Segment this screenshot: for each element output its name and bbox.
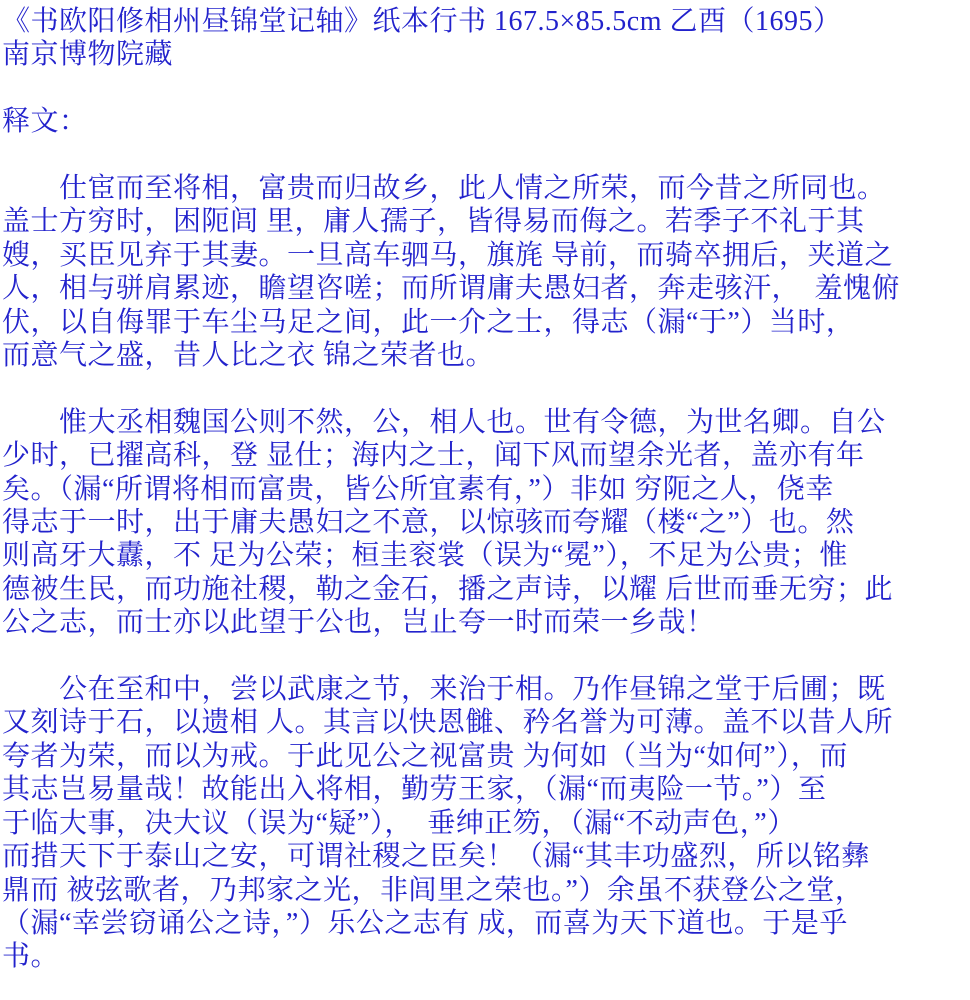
paragraph-3-line-4: 其志岂易量哉！故能出入将相，勤劳王家，（漏“而夷险一节。”）至 <box>2 773 968 806</box>
paragraph-1-line-5: 伏，以自侮罪于车尘马足之间，此一介之士，得志（漏“于”）当时， <box>2 306 968 339</box>
paragraph-1: 仕宦而至将相，富贵而归故乡，此人情之所荣，而今昔之所同也。 盖士方穷时，困阨闾 … <box>2 172 968 372</box>
blank-line <box>2 139 968 172</box>
paragraph-3-line-8: （漏“幸尝窃诵公之诗，”）乐公之志有 成，而喜为天下道也。于是乎 <box>2 907 968 940</box>
paragraph-2-line-4: 得志于一时，出于庸夫愚妇之不意，以惊骇而夸耀（楼“之”）也。然 <box>2 506 968 539</box>
paragraph-3-line-7: 鼎而 被弦歌者，乃邦家之光，非闾里之荣也。”）余虽不获登公之堂， <box>2 874 968 907</box>
blank-line <box>2 72 968 105</box>
paragraph-3-line-6: 而措天下于泰山之安，可谓社稷之臣矣！（漏“其丰功盛烈，所以铭彝 <box>2 840 968 873</box>
transcription-label: 释文： <box>2 105 968 138</box>
document: 《书欧阳修相州昼锦堂记轴》纸本行书 167.5×85.5cm 乙酉（1695） … <box>0 0 970 974</box>
paragraph-2-line-6: 德被生民，而功施社稷，勒之金石，播之声诗，以耀 后世而垂无穷；此 <box>2 573 968 606</box>
paragraph-3-line-5: 于临大事，决大议（误为“疑”）， 垂绅正笏，（漏“不动声色，”） <box>2 807 968 840</box>
blank-line <box>2 372 968 405</box>
paragraph-1-line-2: 盖士方穷时，困阨闾 里，庸人孺子，皆得易而侮之。若季子不礼于其 <box>2 205 968 238</box>
paragraph-3: 公在至和中，尝以武康之节，来治于相。乃作昼锦之堂于后圃；既 又刻诗于石，以遗相 … <box>2 673 968 974</box>
paragraph-2-line-7: 公之志，而士亦以此望于公也，岂止夸一时而荣一乡哉！ <box>2 606 968 639</box>
paragraph-1-line-3: 嫂，买臣见弃于其妻。一旦高车驷马，旗旄 导前，而骑卒拥后，夹道之 <box>2 239 968 272</box>
paragraph-2-line-1: 惟大丞相魏国公则不然，公，相人也。世有令德，为世名卿。自公 <box>2 406 968 439</box>
paragraph-1-line-1: 仕宦而至将相，富贵而归故乡，此人情之所荣，而今昔之所同也。 <box>2 172 968 205</box>
paragraph-1-line-4: 人，相与骈肩累迹，瞻望咨嗟；而所谓庸夫愚妇者，奔走骇汗， 羞愧俯 <box>2 272 968 305</box>
artwork-title-line: 《书欧阳修相州昼锦堂记轴》纸本行书 167.5×85.5cm 乙酉（1695） <box>2 5 968 38</box>
paragraph-3-line-1: 公在至和中，尝以武康之节，来治于相。乃作昼锦之堂于后圃；既 <box>2 673 968 706</box>
paragraph-2-line-5: 则高牙大纛，不 足为公荣；桓圭衮裳（误为“冕”），不足为公贵；惟 <box>2 539 968 572</box>
paragraph-2-line-3: 矣。（漏“所谓将相而富贵，皆公所宜素有，”）非如 穷阨之人，侥幸 <box>2 473 968 506</box>
collection-line: 南京博物院藏 <box>2 38 968 71</box>
paragraph-3-line-9: 书。 <box>2 940 968 973</box>
paragraph-3-line-2: 又刻诗于石，以遗相 人。其言以快恩雠、矜名誉为可薄。盖不以昔人所 <box>2 706 968 739</box>
blank-line <box>2 640 968 673</box>
paragraph-3-line-3: 夸者为荣，而以为戒。于此见公之视富贵 为何如（当为“如何”），而 <box>2 740 968 773</box>
paragraph-2: 惟大丞相魏国公则不然，公，相人也。世有令德，为世名卿。自公 少时，已擢高科，登 … <box>2 406 968 640</box>
paragraph-1-line-6: 而意气之盛，昔人比之衣 锦之荣者也。 <box>2 339 968 372</box>
paragraph-2-line-2: 少时，已擢高科，登 显仕；海内之士，闻下风而望余光者，盖亦有年 <box>2 439 968 472</box>
